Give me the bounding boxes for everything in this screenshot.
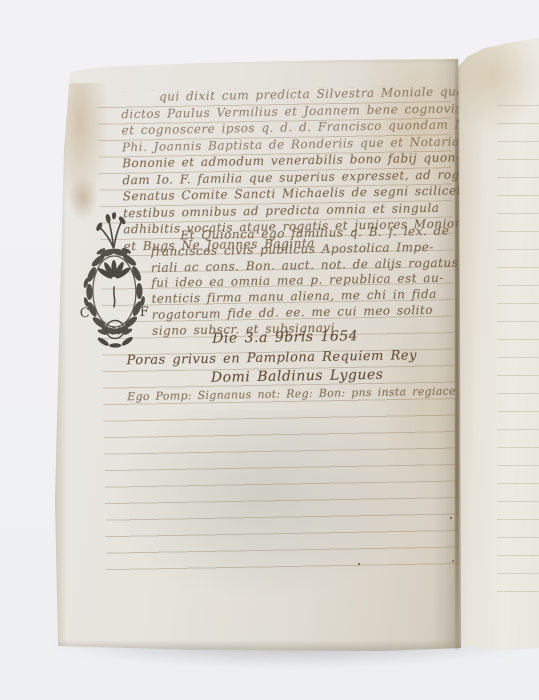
facing-page-ruled-lines: [497, 88, 539, 593]
stamp-letter-f: F: [140, 305, 149, 320]
handwritten-paragraph-2: Et Quionca ego familius q. B. f. lex. de…: [150, 223, 472, 339]
page-content: qui dixit cum predicta Silvestra Moniale…: [47, 51, 467, 658]
stamp-letter-n: N: [111, 323, 121, 337]
facing-page: [455, 38, 539, 654]
date-line: Die 3.a 9bris 1654: [212, 328, 358, 347]
signature-line: Domi Baldinus Lygues: [211, 367, 384, 386]
photo-background: qui dixit cum predicta Silvestra Moniale…: [0, 0, 539, 700]
stamp-letter-c: C: [80, 306, 90, 321]
notarial-stamp: C F N: [74, 212, 154, 351]
gutter-fold: [455, 58, 459, 650]
manuscript-page: qui dixit cum predicta Silvestra Moniale…: [52, 55, 462, 655]
